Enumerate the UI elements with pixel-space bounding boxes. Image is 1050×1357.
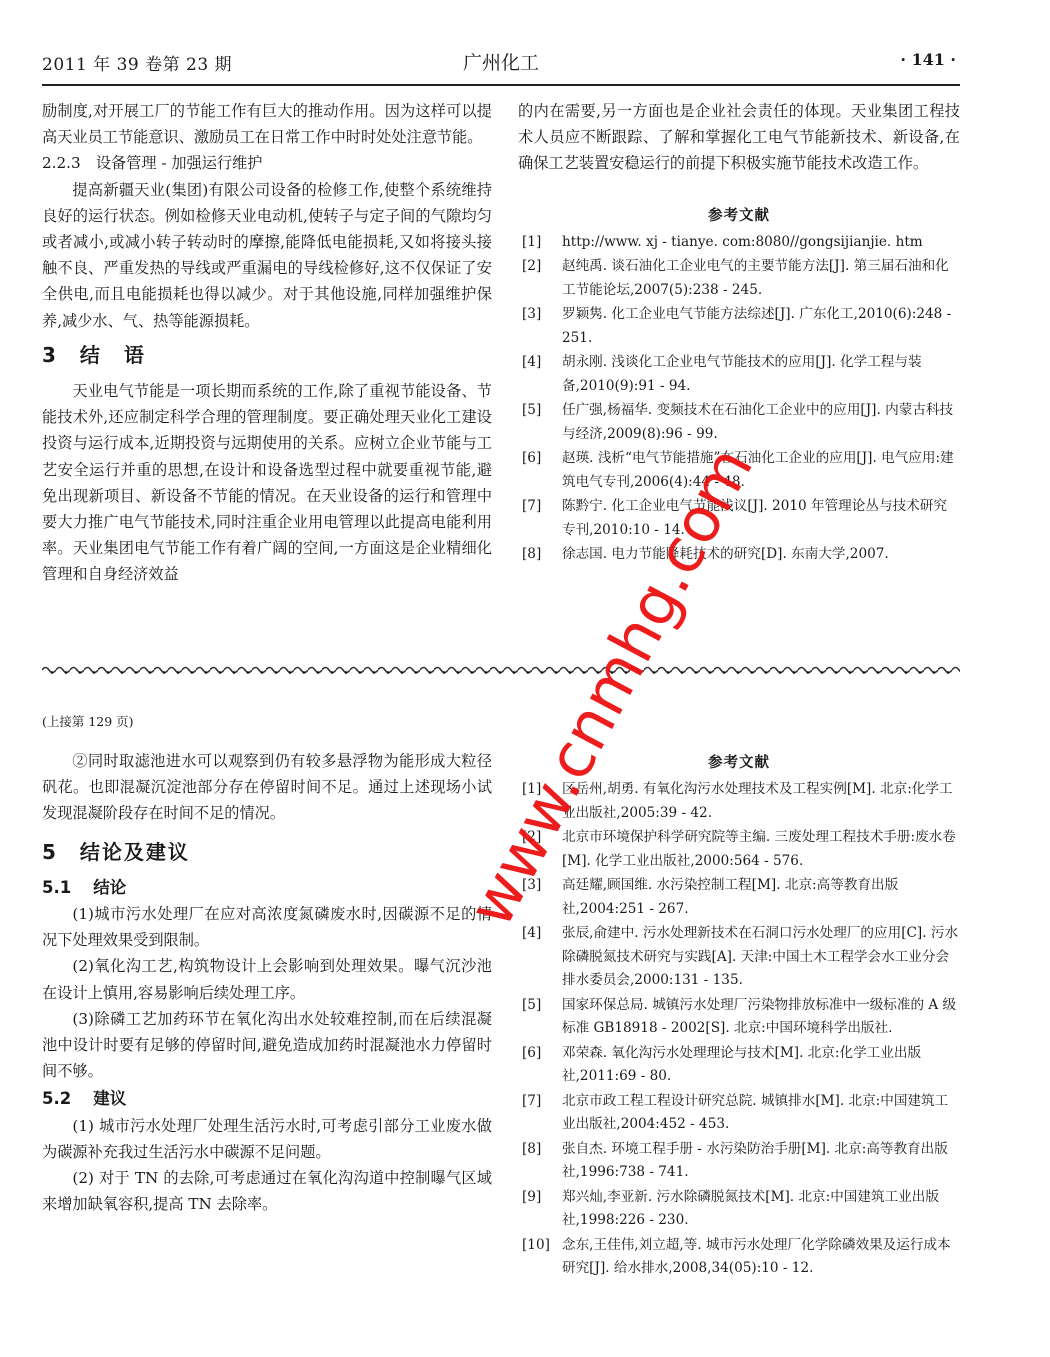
page-header: 2011 年 39 卷第 23 期 广州化工 · 141 · bbox=[42, 44, 960, 86]
reference-list: [1]区岳州,胡勇. 有氧化沟污水处理技术及工程实例[M]. 北京:化学工业出版… bbox=[518, 778, 960, 1281]
reference-item: [10]念东,王佳伟,刘立超,等. 城市污水处理厂化学除磷效果及运行成本研究[J… bbox=[518, 1234, 960, 1281]
paragraph: 的内在需要,另一方面也是企业社会责任的体现。天业集团工程技术人员应不断跟踪、了解… bbox=[518, 98, 960, 177]
reference-list: [1]http://www. xj - tianye. com:8080//go… bbox=[518, 231, 960, 567]
section-heading: 5结论及建议 bbox=[42, 839, 492, 865]
reference-item: [4]张辰,俞建中. 污水处理新技术在石洞口污水处理厂的应用[C]. 污水除磷脱… bbox=[518, 922, 960, 993]
reference-item: [8]张自杰. 环境工程手册 - 水污染防治手册[M]. 北京:高等教育出版社,… bbox=[518, 1138, 960, 1185]
lower-right-column: 参考文献 [1]区岳州,胡勇. 有氧化沟污水处理技术及工程实例[M]. 北京:化… bbox=[518, 750, 960, 1282]
reference-item: [4]胡永刚. 浅谈化工企业电气节能技术的应用[J]. 化学工程与装备,2010… bbox=[518, 351, 960, 398]
reference-item: [5]国家环保总局. 城镇污水处理厂污染物排放标准中一级标准的 A 级标准 GB… bbox=[518, 994, 960, 1041]
reference-item: [9]郑兴灿,李亚新. 污水除磷脱氮技术[M]. 北京:中国建筑工业出版社,19… bbox=[518, 1186, 960, 1233]
subsection-heading: 5.1结论 bbox=[42, 875, 492, 901]
suggestion-item: (1) 城市污水处理厂处理生活污水时,可考虑引部分工业废水做为碳源补充我过生活污… bbox=[42, 1113, 492, 1165]
conclusion-item: (1)城市污水处理厂在应对高浓度氮磷废水时,因碳源不足的情况下处理效果受到限制。 bbox=[42, 901, 492, 953]
upper-right-column: 的内在需要,另一方面也是企业社会责任的体现。天业集团工程技术人员应不断跟踪、了解… bbox=[518, 98, 960, 568]
reference-item: [1]区岳州,胡勇. 有氧化沟污水处理技术及工程实例[M]. 北京:化学工业出版… bbox=[518, 778, 960, 825]
reference-item: [7]北京市政工程工程设计研究总院. 城镇排水[M]. 北京:中国建筑工业出版社… bbox=[518, 1090, 960, 1137]
paragraph: ②同时取滤池进水可以观察到仍有较多悬浮物为能形成大粒径矾花。也即混凝沉淀池部分存… bbox=[42, 748, 492, 827]
reference-item: [7]陈黔宁. 化工企业电气节能浅议[J]. 2010 年管理论丛与技术研究专刊… bbox=[518, 495, 960, 542]
reference-item: [6]赵瑛. 浅析“电气节能措施”在石油化工企业的应用[J]. 电气应用:建筑电… bbox=[518, 447, 960, 494]
paragraph: 励制度,对开展工厂的节能工作有巨大的推动作用。因为这样可以提高天业员工节能意识、… bbox=[42, 98, 492, 150]
page-number: · 141 · bbox=[900, 50, 956, 69]
reference-item: [1]http://www. xj - tianye. com:8080//go… bbox=[518, 231, 960, 255]
section-heading: 3结 语 bbox=[42, 342, 492, 368]
reference-item: [2]赵纯禹. 谈石油化工企业电气的主要节能方法[J]. 第三届石油和化工节能论… bbox=[518, 255, 960, 302]
upper-left-column: 励制度,对开展工厂的节能工作有巨大的推动作用。因为这样可以提高天业员工节能意识、… bbox=[42, 98, 492, 588]
wavy-divider bbox=[42, 663, 960, 677]
reference-item: [8]徐志国. 电力节能降耗技术的研究[D]. 东南大学,2007. bbox=[518, 543, 960, 567]
continued-note: (上接第 129 页) bbox=[42, 712, 134, 730]
conclusion-item: (3)除磷工艺加药环节在氧化沟出水处较难控制,而在后续混凝池中设计时要有足够的停… bbox=[42, 1006, 492, 1085]
paragraph: 天业电气节能是一项长期而系统的工作,除了重视节能设备、节能技术外,还应制定科学合… bbox=[42, 378, 492, 588]
references-title: 参考文献 bbox=[518, 203, 960, 229]
suggestion-item: (2) 对于 TN 的去除,可考虑通过在氧化沟沟道中控制曝气区域来增加缺氧容积,… bbox=[42, 1165, 492, 1217]
reference-item: [3]高廷耀,顾国维. 水污染控制工程[M]. 北京:高等教育出版社,2004:… bbox=[518, 874, 960, 921]
lower-left-column: ②同时取滤池进水可以观察到仍有较多悬浮物为能形成大粒径矾花。也即混凝沉淀池部分存… bbox=[42, 748, 492, 1217]
journal-name: 广州化工 bbox=[42, 48, 960, 75]
reference-item: [5]任广强,杨福华. 变频技术在石油化工企业中的应用[J]. 内蒙古科技与经济… bbox=[518, 399, 960, 446]
reference-item: [2]北京市环境保护科学研究院等主编. 三废处理工程技术手册:废水卷[M]. 化… bbox=[518, 826, 960, 873]
references-title: 参考文献 bbox=[518, 750, 960, 776]
reference-item: [3]罗颖隽. 化工企业电气节能方法综述[J]. 广东化工,2010(6):24… bbox=[518, 303, 960, 350]
subsection-heading: 5.2建议 bbox=[42, 1086, 492, 1112]
conclusion-item: (2)氧化沟工艺,构筑物设计上会影响到处理效果。曝气沉沙池在设计上慎用,容易影响… bbox=[42, 953, 492, 1005]
reference-item: [6]邓荣森. 氧化沟污水处理理论与技术[M]. 北京:化学工业出版社,2011… bbox=[518, 1042, 960, 1089]
paragraph: 提高新疆天业(集团)有限公司设备的检修工作,使整个系统维持良好的运行状态。例如检… bbox=[42, 177, 492, 334]
subsection-heading: 2.2.3 设备管理 - 加强运行维护 bbox=[42, 150, 492, 176]
